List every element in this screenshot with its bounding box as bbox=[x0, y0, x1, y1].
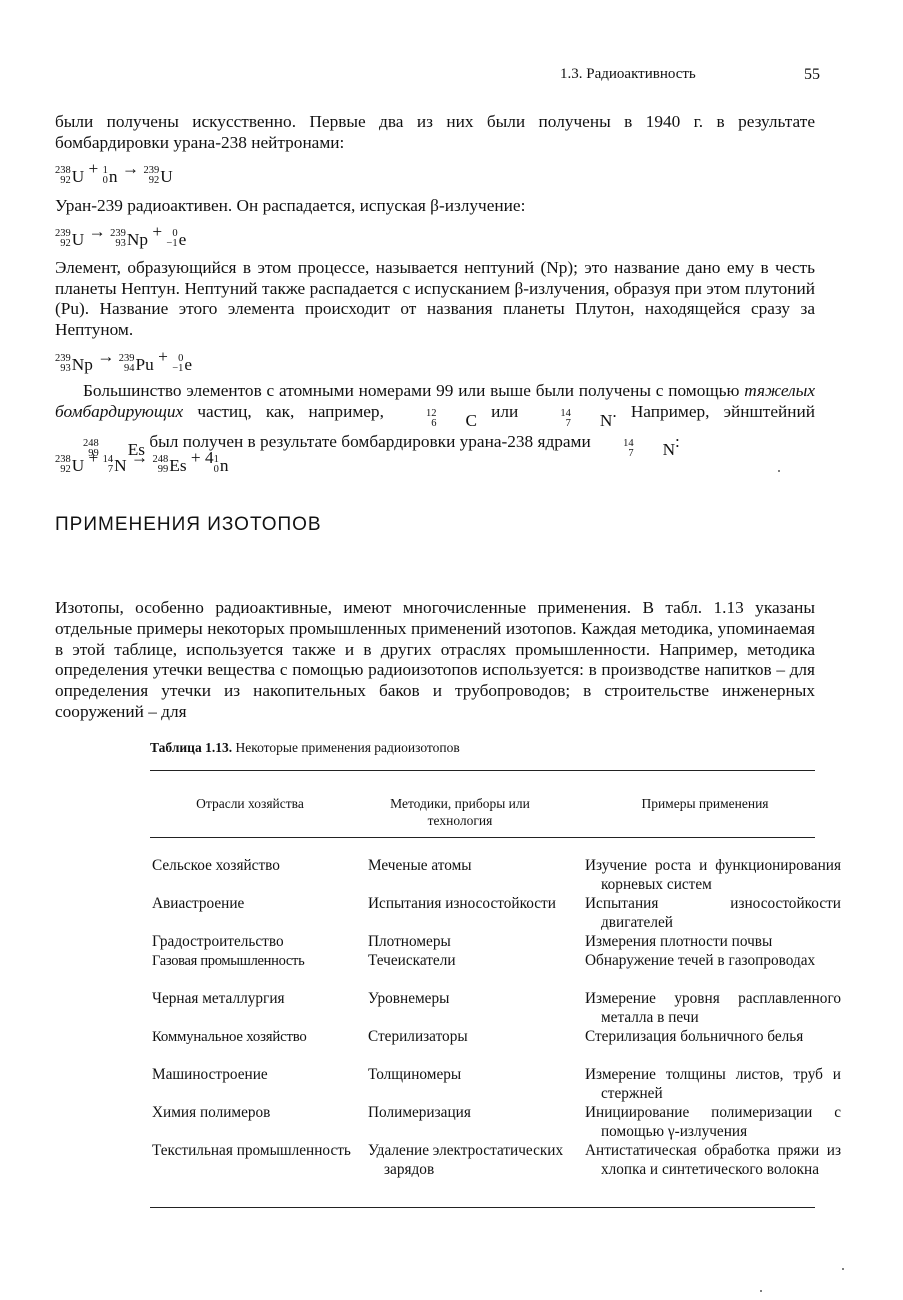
cell-method: Уровнемеры bbox=[368, 990, 584, 1009]
cell-method: Плотномеры bbox=[368, 933, 584, 952]
header-industry: Отрасли хозяйства bbox=[150, 795, 350, 812]
cell-method: Толщиномеры bbox=[368, 1066, 584, 1085]
nuclide-u238: 23892U bbox=[55, 166, 84, 188]
cell-example: Обнаружение течей в газопроводах bbox=[585, 952, 841, 971]
cell-method: Стерилизаторы bbox=[368, 1028, 584, 1047]
cell-example: Измерения плотности почвы bbox=[585, 933, 841, 952]
nuclide-u238: 23892U bbox=[55, 455, 84, 477]
cell-method: Меченые атомы bbox=[368, 857, 584, 876]
equation-neutron-capture: 23892U + 10n → 23992U bbox=[55, 158, 173, 188]
equation-einsteinium-synthesis: 23892U + 147N → 24899Es + 410n bbox=[55, 447, 228, 477]
cell-industry: Машиностроение bbox=[152, 1066, 373, 1085]
cell-method: Удаление электростатических зарядов bbox=[368, 1142, 579, 1180]
table-top-rule bbox=[150, 770, 815, 771]
nuclide-np239: 23993Np bbox=[55, 354, 93, 376]
table-title: Некоторые применения радиоизотопов bbox=[232, 740, 460, 755]
section-title: ПРИМЕНЕНИЯ ИЗОТОПОВ bbox=[55, 514, 322, 536]
header-example: Примеры применения bbox=[600, 795, 810, 812]
nuclide-electron: 0−1e bbox=[172, 354, 192, 376]
table-header-rule bbox=[150, 837, 815, 838]
cell-method: Течеискатели bbox=[368, 952, 584, 971]
table-bottom-rule bbox=[150, 1207, 815, 1208]
table-caption: Таблица 1.13. Некоторые применения радио… bbox=[150, 740, 460, 756]
page-number: 55 bbox=[804, 66, 820, 84]
cell-industry: Коммунальное хозяйство bbox=[152, 1028, 373, 1047]
running-head: 1.3. Радиоактивность 55 bbox=[560, 66, 820, 84]
paragraph-1: были получены искусственно. Первые два и… bbox=[55, 112, 815, 153]
equation-u239-decay: 23992U → 23993Np + 0−1e bbox=[55, 221, 186, 251]
paragraph-3: Элемент, образующийся в этом процессе, н… bbox=[55, 258, 815, 340]
cell-example: Изучение роста и функционирования корнев… bbox=[585, 857, 841, 895]
cell-industry: Авиастроение bbox=[152, 895, 373, 914]
cell-method: Испытания износостойкости bbox=[368, 895, 584, 914]
book-page: 1.3. Радиоактивность 55 были получены ис… bbox=[0, 0, 903, 1300]
cell-method: Полимеризация bbox=[368, 1104, 584, 1123]
scan-speck bbox=[778, 470, 780, 472]
nuclide-neutron: 10n bbox=[103, 166, 118, 188]
cell-industry: Черная металлургия bbox=[152, 990, 373, 1009]
nuclide-np239: 23993Np bbox=[110, 229, 148, 251]
cell-industry: Текстильная промышленность bbox=[152, 1142, 358, 1161]
cell-example: Антистатическая обработка пряжи из хлопк… bbox=[585, 1142, 841, 1180]
cell-industry: Градостроительство bbox=[152, 933, 373, 952]
nuclide-n14: 147N bbox=[595, 439, 675, 460]
running-head-section: 1.3. Радиоактивность bbox=[560, 66, 696, 84]
paragraph-5: Изотопы, особенно радиоактивные, имеют м… bbox=[55, 598, 815, 723]
nuclide-electron: 0−1e bbox=[166, 229, 186, 251]
header-method: Методики, приборы или технология bbox=[385, 795, 535, 829]
cell-industry: Газовая промышленность bbox=[152, 952, 373, 971]
cell-industry: Сельское хозяйство bbox=[152, 857, 373, 876]
nuclide-n14: 147N bbox=[532, 410, 612, 431]
nuclide-n14: 147N bbox=[103, 455, 127, 477]
cell-example: Инициирование полимеризации с помощью γ-… bbox=[585, 1104, 841, 1142]
equation-np239-decay: 23993Np → 23994Pu + 0−1e bbox=[55, 346, 192, 376]
nuclide-u239: 23992U bbox=[55, 229, 84, 251]
nuclide-c12: 126C bbox=[398, 410, 477, 431]
nuclide-pu239: 23994Pu bbox=[119, 354, 154, 376]
scan-speck bbox=[760, 1290, 762, 1292]
nuclide-neutron: 10n bbox=[214, 455, 229, 477]
nuclide-es248: 24899Es bbox=[153, 455, 187, 477]
cell-example: Испытания износостойкости двигателей bbox=[585, 895, 841, 933]
nuclide-u239: 23992U bbox=[143, 166, 172, 188]
cell-example: Измерение уровня расплавленного металла … bbox=[585, 990, 841, 1028]
cell-example: Измерение толщины листов, труб и стержне… bbox=[585, 1066, 841, 1104]
paragraph-2: Уран-239 радиоактивен. Он распадается, и… bbox=[55, 196, 815, 217]
cell-industry: Химия полимеров bbox=[152, 1104, 373, 1123]
scan-speck bbox=[842, 1268, 844, 1270]
cell-example: Стерилизация больничного белья bbox=[585, 1028, 841, 1047]
table-label: Таблица 1.13. bbox=[150, 740, 232, 755]
